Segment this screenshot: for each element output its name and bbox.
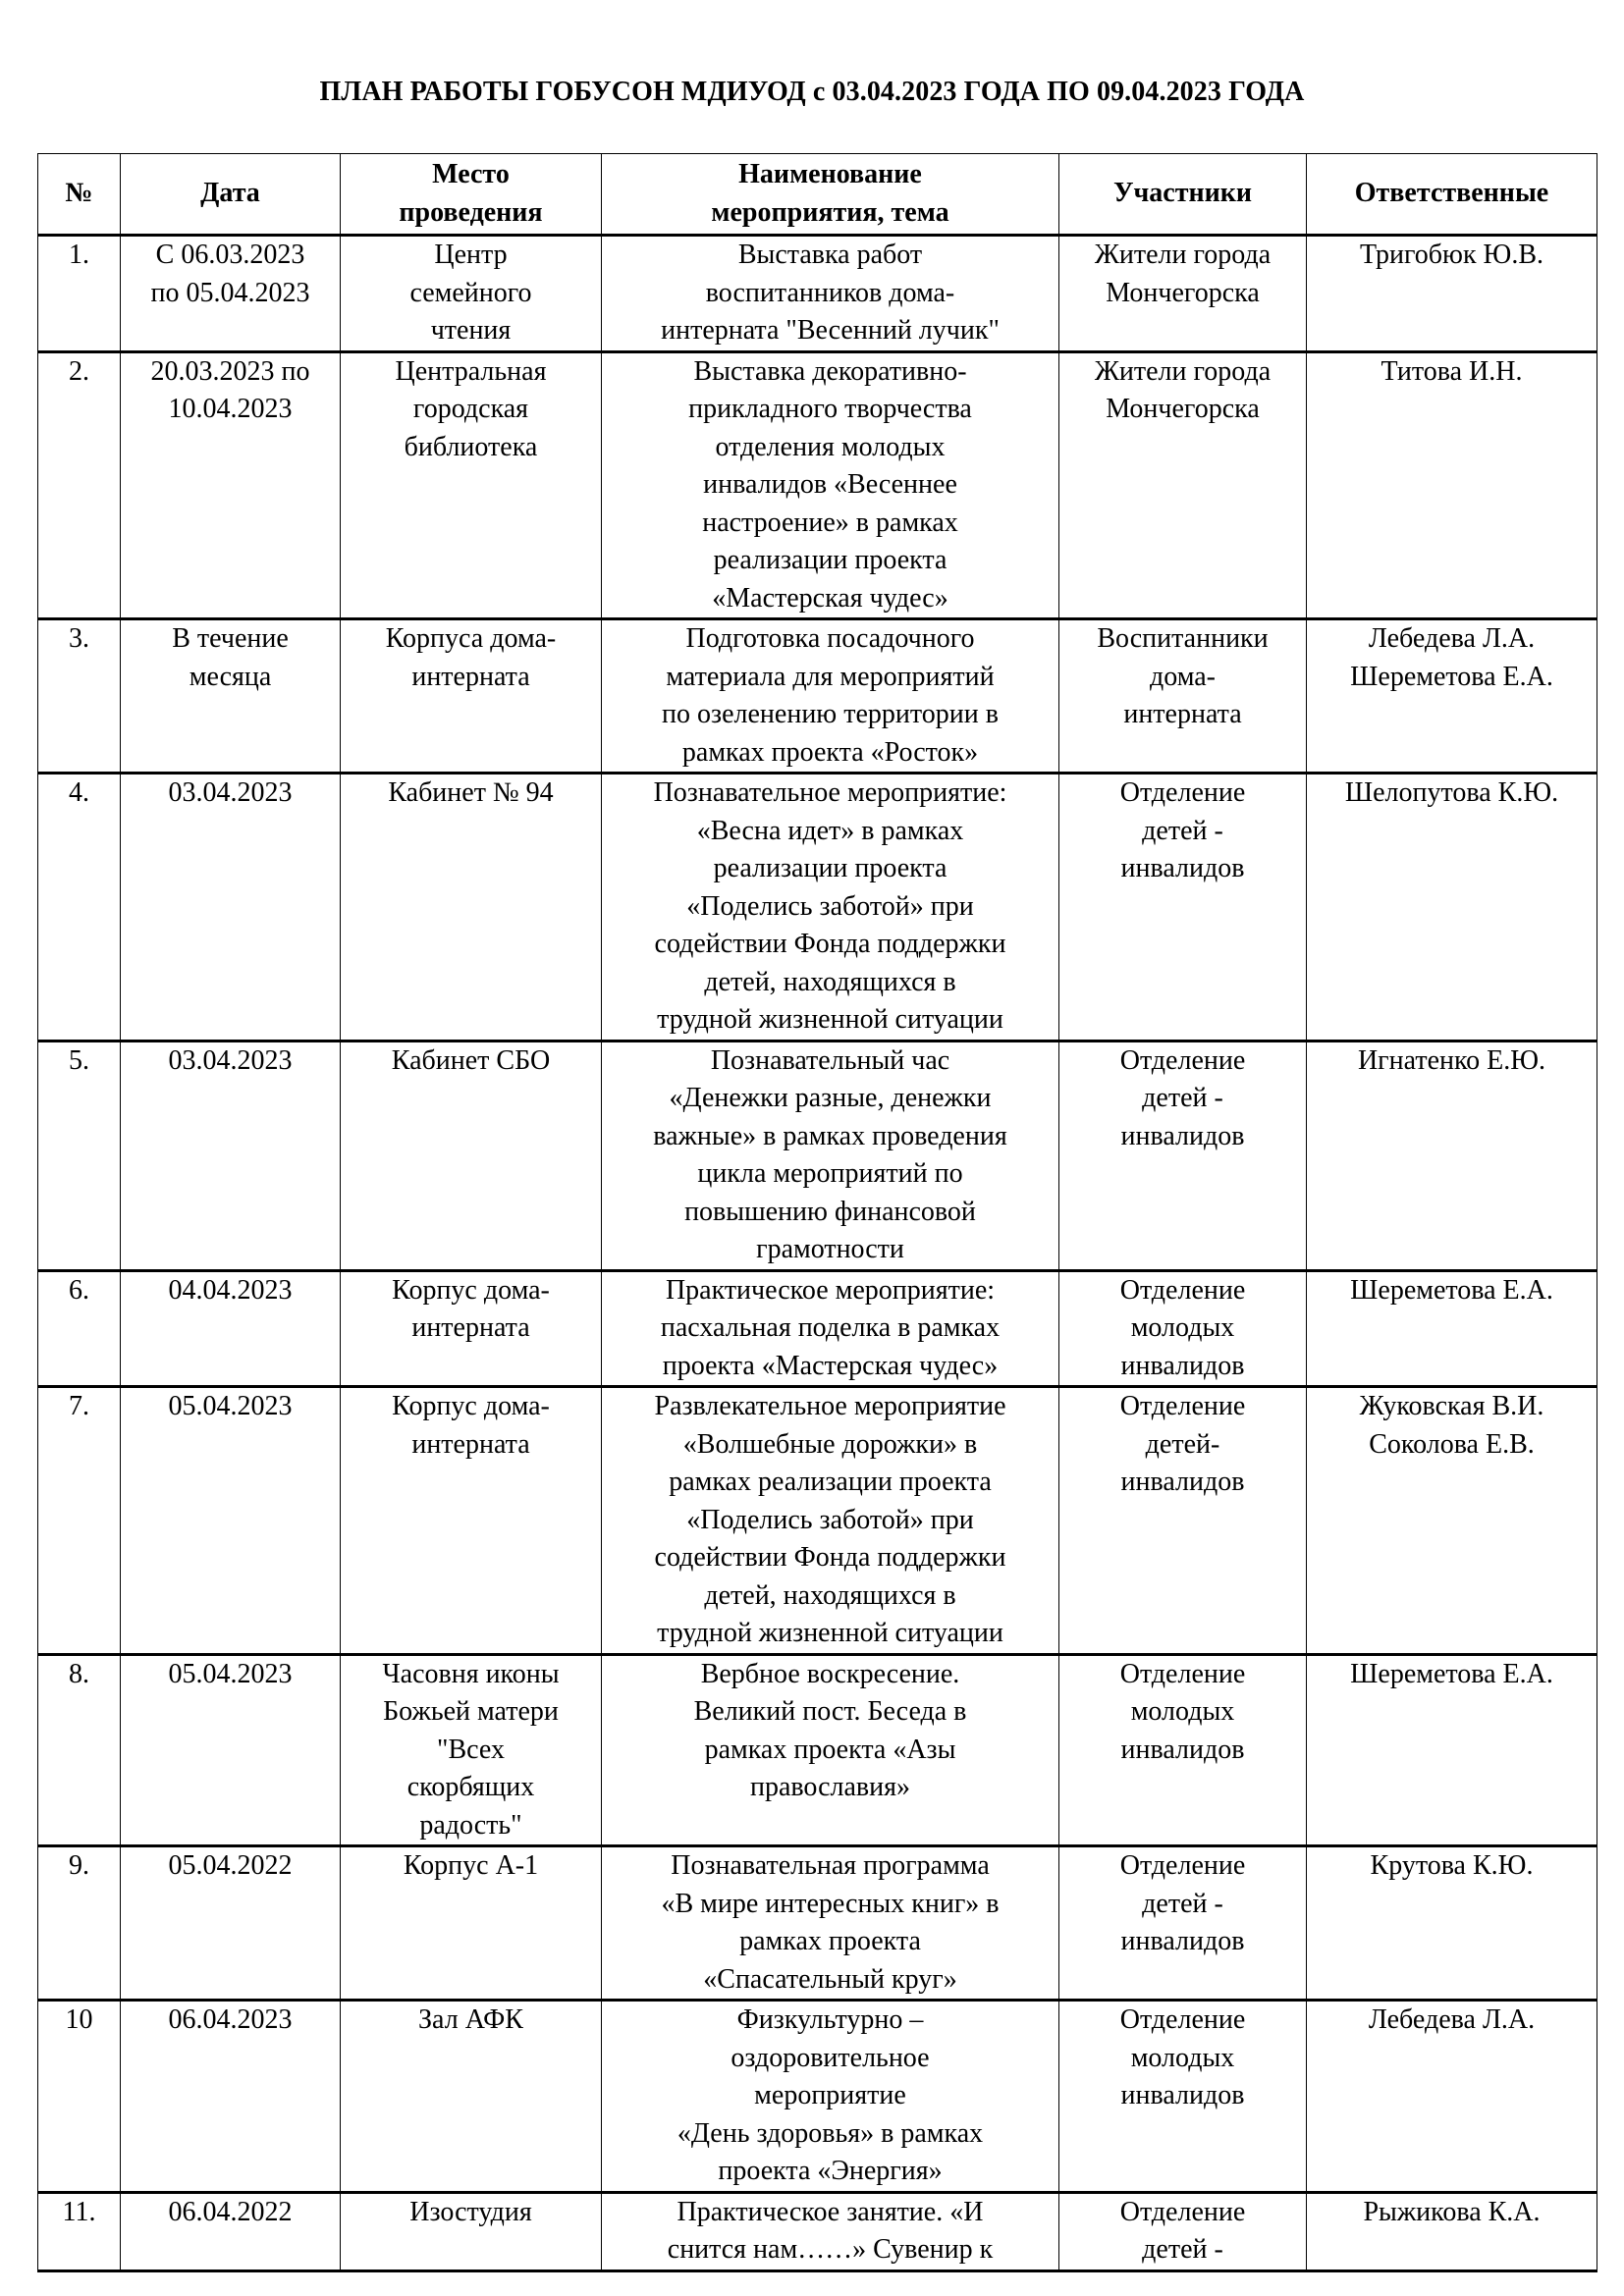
cell-place: Кабинет № 94	[341, 774, 602, 1041]
cell-place: Корпус дома- интерната	[341, 1387, 602, 1655]
cell-number: 7.	[38, 1387, 121, 1655]
cell-participants: Отделение молодых инвалидов	[1059, 1270, 1307, 1387]
cell-responsible: Рыжикова К.А.	[1307, 2192, 1597, 2270]
table-row: 10 06.04.2023 Зал АФК Физкультурно – озд…	[38, 2001, 1597, 2193]
cell-place: Кабинет СБО	[341, 1041, 602, 1270]
cell-participants: Отделение детей -	[1059, 2192, 1307, 2270]
table-row: 7. 05.04.2023 Корпус дома- интерната Раз…	[38, 1387, 1597, 1655]
cell-responsible: Жуковская В.И. Соколова Е.В.	[1307, 1387, 1597, 1655]
cell-number: 2.	[38, 351, 121, 619]
cell-participants: Отделение детей- инвалидов	[1059, 1387, 1307, 1655]
header-participants: Участники	[1059, 154, 1307, 236]
cell-participants: Отделение молодых инвалидов	[1059, 2001, 1307, 2193]
table-row: 11. 06.04.2022 Изостудия Практическое за…	[38, 2192, 1597, 2270]
cell-number: 4.	[38, 774, 121, 1041]
table-row: 8. 05.04.2023 Часовня иконы Божьей матер…	[38, 1654, 1597, 1846]
cell-date: 04.04.2023	[121, 1270, 341, 1387]
cell-date: 03.04.2023	[121, 774, 341, 1041]
cell-number: 3.	[38, 619, 121, 774]
header-responsible: Ответственные	[1307, 154, 1597, 236]
cell-event-name: Физкультурно – оздоровительное мероприят…	[602, 2001, 1059, 2193]
cell-number: 6.	[38, 1270, 121, 1387]
cell-event-name: Подготовка посадочного материала для мер…	[602, 619, 1059, 774]
cell-place: Центральная городская библиотека	[341, 351, 602, 619]
cell-event-name: Познавательный час «Денежки разные, дене…	[602, 1041, 1059, 1270]
cell-participants: Отделение детей - инвалидов	[1059, 1846, 1307, 2001]
cell-date: С 06.03.2023 по 05.04.2023	[121, 236, 341, 352]
cell-date: В течение месяца	[121, 619, 341, 774]
cell-responsible: Шереметова Е.А.	[1307, 1654, 1597, 1846]
cell-place: Корпуса дома- интерната	[341, 619, 602, 774]
table-row: 2. 20.03.2023 по 10.04.2023 Центральная …	[38, 351, 1597, 619]
cell-number: 11.	[38, 2192, 121, 2270]
cell-date: 05.04.2023	[121, 1387, 341, 1655]
cell-participants: Жители города Мончегорска	[1059, 236, 1307, 352]
cell-place: Корпус дома- интерната	[341, 1270, 602, 1387]
table-row: 1. С 06.03.2023 по 05.04.2023 Центр семе…	[38, 236, 1597, 352]
cell-place: Корпус А-1	[341, 1846, 602, 2001]
cell-participants: Отделение детей - инвалидов	[1059, 1041, 1307, 1270]
cell-event-name: Выставка декоративно- прикладного творче…	[602, 351, 1059, 619]
cell-date: 06.04.2023	[121, 2001, 341, 2193]
cell-responsible: Шелопутова К.Ю.	[1307, 774, 1597, 1041]
cell-event-name: Развлекательное мероприятие «Волшебные д…	[602, 1387, 1059, 1655]
cell-responsible: Лебедева Л.А. Шереметова Е.А.	[1307, 619, 1597, 774]
cell-date: 06.04.2022	[121, 2192, 341, 2270]
table-header-row: № Дата Место проведения Наименование мер…	[38, 154, 1597, 236]
cell-participants: Отделение детей - инвалидов	[1059, 774, 1307, 1041]
header-date: Дата	[121, 154, 341, 236]
cell-date: 03.04.2023	[121, 1041, 341, 1270]
cell-date: 05.04.2023	[121, 1654, 341, 1846]
header-number: №	[38, 154, 121, 236]
cell-number: 1.	[38, 236, 121, 352]
cell-event-name: Познавательное мероприятие: «Весна идет»…	[602, 774, 1059, 1041]
cell-participants: Отделение молодых инвалидов	[1059, 1654, 1307, 1846]
document-title: ПЛАН РАБОТЫ ГОБУСОН МДИУОД с 03.04.2023 …	[0, 77, 1624, 108]
cell-responsible: Тригобюк Ю.В.	[1307, 236, 1597, 352]
cell-responsible: Титова И.Н.	[1307, 351, 1597, 619]
table-row: 4. 03.04.2023 Кабинет № 94 Познавательно…	[38, 774, 1597, 1041]
cell-event-name: Выставка работ воспитанников дома- интер…	[602, 236, 1059, 352]
cell-place: Изостудия	[341, 2192, 602, 2270]
work-plan-table: № Дата Место проведения Наименование мер…	[37, 153, 1597, 2272]
cell-responsible: Крутова К.Ю.	[1307, 1846, 1597, 2001]
cell-number: 9.	[38, 1846, 121, 2001]
cell-participants: Воспитанники дома- интерната	[1059, 619, 1307, 774]
table-row: 9. 05.04.2022 Корпус А-1 Познавательная …	[38, 1846, 1597, 2001]
cell-event-name: Практическое мероприятие: пасхальная под…	[602, 1270, 1059, 1387]
cell-number: 5.	[38, 1041, 121, 1270]
cell-event-name: Познавательная программа «В мире интерес…	[602, 1846, 1059, 2001]
cell-place: Зал АФК	[341, 2001, 602, 2193]
cell-place: Центр семейного чтения	[341, 236, 602, 352]
header-event-name: Наименование мероприятия, тема	[602, 154, 1059, 236]
cell-date: 05.04.2022	[121, 1846, 341, 2001]
table-row: 3. В течение месяца Корпуса дома- интерн…	[38, 619, 1597, 774]
cell-event-name: Вербное воскресение. Великий пост. Бесед…	[602, 1654, 1059, 1846]
header-place: Место проведения	[341, 154, 602, 236]
cell-number: 10	[38, 2001, 121, 2193]
cell-responsible: Игнатенко Е.Ю.	[1307, 1041, 1597, 1270]
cell-number: 8.	[38, 1654, 121, 1846]
cell-responsible: Лебедева Л.А.	[1307, 2001, 1597, 2193]
cell-event-name: Практическое занятие. «И снится нам……» С…	[602, 2192, 1059, 2270]
table-row: 6. 04.04.2023 Корпус дома- интерната Пра…	[38, 1270, 1597, 1387]
cell-responsible: Шереметова Е.А.	[1307, 1270, 1597, 1387]
cell-participants: Жители города Мончегорска	[1059, 351, 1307, 619]
table-row: 5. 03.04.2023 Кабинет СБО Познавательный…	[38, 1041, 1597, 1270]
cell-place: Часовня иконы Божьей матери "Всех скорбя…	[341, 1654, 602, 1846]
cell-date: 20.03.2023 по 10.04.2023	[121, 351, 341, 619]
